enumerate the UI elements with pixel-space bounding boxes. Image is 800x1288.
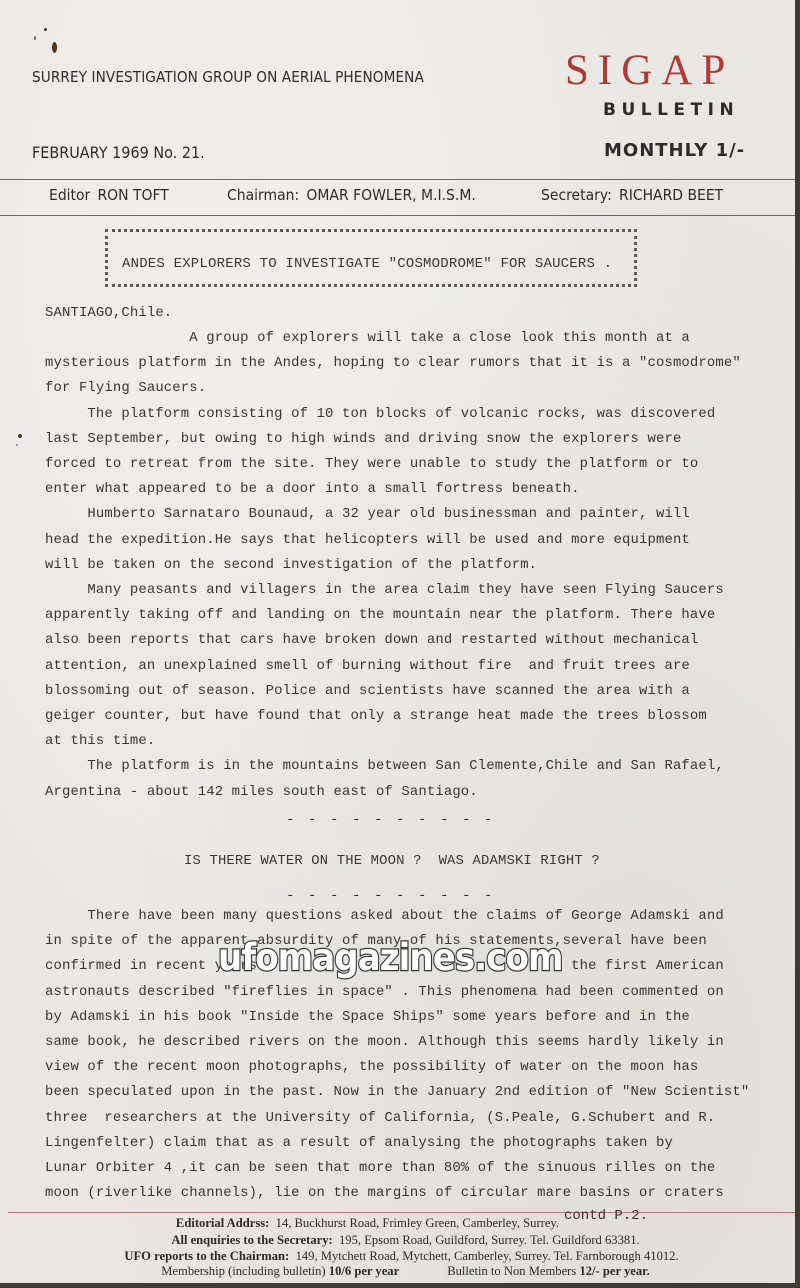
price: MONTHLY 1/- [604,140,745,161]
ink-stain [18,434,22,438]
enquiries-address: 195, Epsom Road, Guildford, Surrey. Tel.… [339,1233,640,1247]
editor-label: Editor [49,186,90,204]
header-rule [0,215,795,216]
chairman-credit: Chairman:OMAR FOWLER, M.I.S.M. [227,186,476,204]
text-line: The platform consisting of 10 ton blocks… [45,402,765,427]
text-line: enter what appeared to be a door into a … [45,477,765,502]
membership-price: 10/6 per year [329,1264,399,1278]
chairman-label: Chairman: [227,186,299,204]
text-line: Argentina - about 142 miles south east o… [45,780,765,805]
text-line: blossoming out of season. Police and sci… [45,679,765,704]
ink-stain [52,42,57,53]
section-divider: - - - - - - - - - - [286,888,495,904]
text-line: moon (riverlike channels), lie on the ma… [45,1181,765,1206]
reports-label: UFO reports to the Chairman: [124,1249,289,1263]
text-line: also been reports that cars have broken … [45,628,765,653]
header-rule [0,179,795,180]
article-body: A group of explorers will take a close l… [45,326,765,805]
section-divider: - - - - - - - - - - [286,812,495,828]
editorial-address: 14, Buckhurst Road, Frimley Green, Cambe… [276,1216,559,1230]
ink-stain [44,28,47,31]
text-line: Lunar Orbiter 4 ,it can be seen that mor… [45,1156,765,1181]
text-line: forced to retreat from the site. They we… [45,452,765,477]
text-line: same book, he described rivers on the mo… [45,1030,765,1055]
text-line: A group of explorers will take a close l… [45,326,765,351]
text-line: astronauts described "fireflies in space… [45,980,765,1005]
footer-rule [8,1212,795,1213]
text-line: for Flying Saucers. [45,376,765,401]
membership-text: Membership (including bulletin) [161,1264,325,1278]
dateline: SANTIAGO,Chile. [45,301,765,326]
nonmember-price: 12/- per year. [579,1264,649,1278]
issue-date: FEBRUARY 1969 No. 21. [32,143,205,162]
editor-name: RON TOFT [97,186,168,204]
chairman-name: OMAR FOWLER, M.I.S.M. [306,186,475,204]
organization-name: SURREY INVESTIGATION GROUP ON AERIAL PHE… [32,68,424,86]
text-line: The platform is in the mountains between… [45,754,765,779]
text-line: view of the recent moon photographs, the… [45,1055,765,1080]
footer-membership: Membership (including bulletin) 10/6 per… [8,1264,800,1279]
text-line: There have been many questions asked abo… [45,904,765,929]
article-headline: IS THERE WATER ON THE MOON ? WAS ADAMSKI… [184,853,600,869]
article-headline: ANDES EXPLORERS TO INVESTIGATE "COSMODRO… [122,256,612,272]
text-line: geiger counter, but have found that only… [45,704,765,729]
text-line: been speculated upon in the past. Now in… [45,1080,765,1105]
enquiries-label: All enquiries to the Secretary: [171,1233,332,1247]
text-line: three researchers at the University of C… [45,1106,765,1131]
footer-reports: UFO reports to the Chairman: 149, Mytche… [4,1249,799,1264]
ink-stain [16,444,18,446]
text-line: Many peasants and villagers in the area … [45,578,765,603]
ink-stain [34,36,36,40]
text-line: mysterious platform in the Andes, hoping… [45,351,765,376]
headline-box: ANDES EXPLORERS TO INVESTIGATE "COSMODRO… [105,229,637,287]
continued-note: contd P.2. [564,1208,648,1224]
text-line: last September, but owing to high winds … [45,427,765,452]
nonmember-text: Bulletin to Non Members [447,1264,576,1278]
brand-title: SIGAP [565,46,734,95]
text-line: by Adamski in his book "Inside the Space… [45,1005,765,1030]
bulletin-page: SURREY INVESTIGATION GROUP ON AERIAL PHE… [0,0,800,1288]
editorial-label: Editorial Addrss: [176,1216,269,1230]
text-line: attention, an unexplained smell of burni… [45,654,765,679]
secretary-credit: Secretary:RICHARD BEET [541,186,723,204]
watermark: ufomagazines.com [218,936,563,979]
secretary-label: Secretary: [541,186,612,204]
reports-address: 149, Mytchett Road, Mytchett, Camberley,… [296,1249,679,1263]
editor-credit: EditorRON TOFT [49,186,169,204]
text-line: Lingenfelter) claim that as a result of … [45,1131,765,1156]
publication-name: BULLETIN [603,100,739,120]
text-line: at this time. [45,729,765,754]
secretary-name: RICHARD BEET [619,186,723,204]
footer-enquiries: All enquiries to the Secretary: 195, Eps… [8,1233,800,1248]
footer-editorial: Editorial Addrss: 14, Buckhurst Road, Fr… [0,1216,765,1231]
text-line: Humberto Sarnataro Bounaud, a 32 year ol… [45,502,765,527]
text-line: will be taken on the second investigatio… [45,553,765,578]
text-line: head the expedition.He says that helicop… [45,528,765,553]
text-line: apparently taking off and landing on the… [45,603,765,628]
